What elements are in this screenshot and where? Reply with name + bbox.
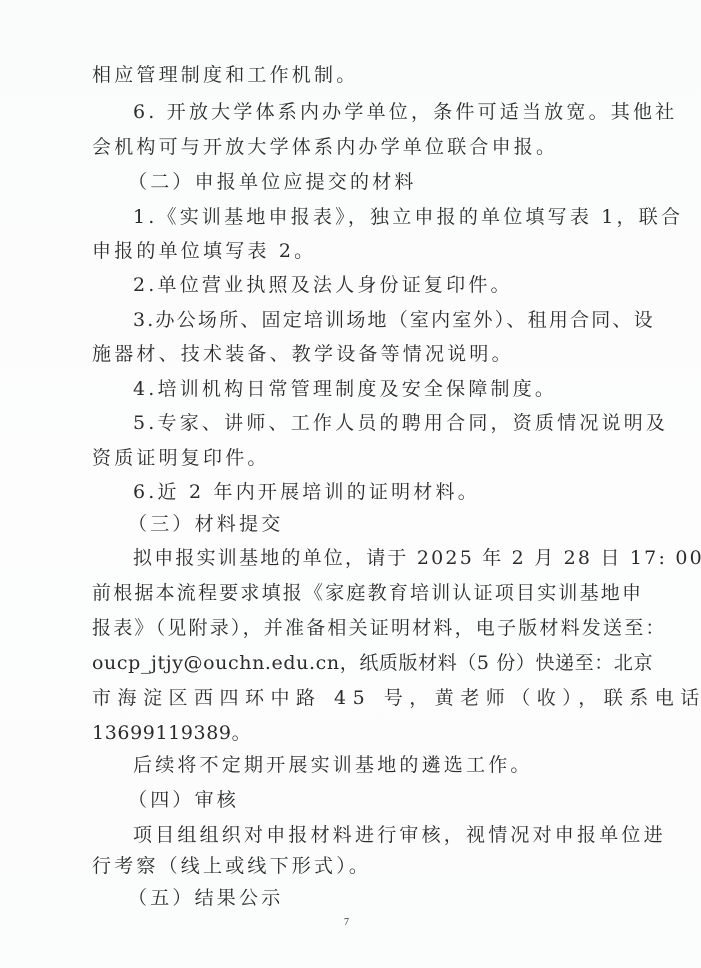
section-heading-5: （五）结果公示 [128,887,283,909]
list-item-6-line: 6. 开放大学体系内办学单位，条件可适当放宽。其他社 [133,101,677,123]
page-number: 7 [344,917,349,928]
email-address-line: oucp_jtjy@ouchn.edu.cn，纸质版材料（5 份）快递至：北京 [92,652,653,674]
list-item-1-line: 1.《实训基地申报表》，独立申报的单位填写表 1，联合 [133,206,683,228]
paragraph-line: 报表》（见附录），并准备相关证明材料，电子版材料发送至： [92,617,667,639]
address-line: 市海淀区西四环中路 45 号，黄老师（收），联系电话 [92,687,701,709]
paragraph-line: 前根据本流程要求填报《家庭教育培训认证项目实训基地申 [92,582,643,604]
document-page: 相应管理制度和工作机制。 6. 开放大学体系内办学单位，条件可适当放宽。其他社 … [0,0,701,968]
paragraph-line: 后续将不定期开展实训基地的遴选工作。 [133,754,533,776]
list-item-4-line: 4.培训机构日常管理制度及安全保障制度。 [133,378,557,400]
paragraph-line: 施器材、技术装备、教学设备等情况说明。 [92,343,514,365]
paragraph-line: 会机构可与开放大学体系内办学单位联合申报。 [92,136,558,158]
section-heading-3: （三）材料提交 [128,513,283,535]
section-heading-4: （四）审核 [128,789,239,811]
paragraph-line: 项目组组织对申报材料进行审核，视情况对申报单位进 [133,824,666,846]
list-item-2-line: 2.单位营业执照及法人身份证复印件。 [133,274,513,296]
paragraph-line: 资质证明复印件。 [92,447,270,469]
list-item-6b-line: 6.近 2 年内开展培训的证明材料。 [133,481,480,503]
paragraph-line: 申报的单位填写表 2。 [92,240,316,262]
paragraph-line: 相应管理制度和工作机制。 [92,64,358,86]
paragraph-line: 行考察（线上或线下形式）。 [92,855,371,877]
list-item-3-line: 3.办公场所、固定培训场地（室内室外）、租用合同、设 [133,309,655,331]
list-item-5-line: 5.专家、讲师、工作人员的聘用合同，资质情况说明及 [133,412,668,434]
phone-number-line: 13699119389。 [92,722,251,744]
section-heading-2: （二）申报单位应提交的材料 [128,171,417,193]
paragraph-line: 拟申报实训基地的单位，请于 2025 年 2 月 28 日 17: 00 [133,547,701,569]
